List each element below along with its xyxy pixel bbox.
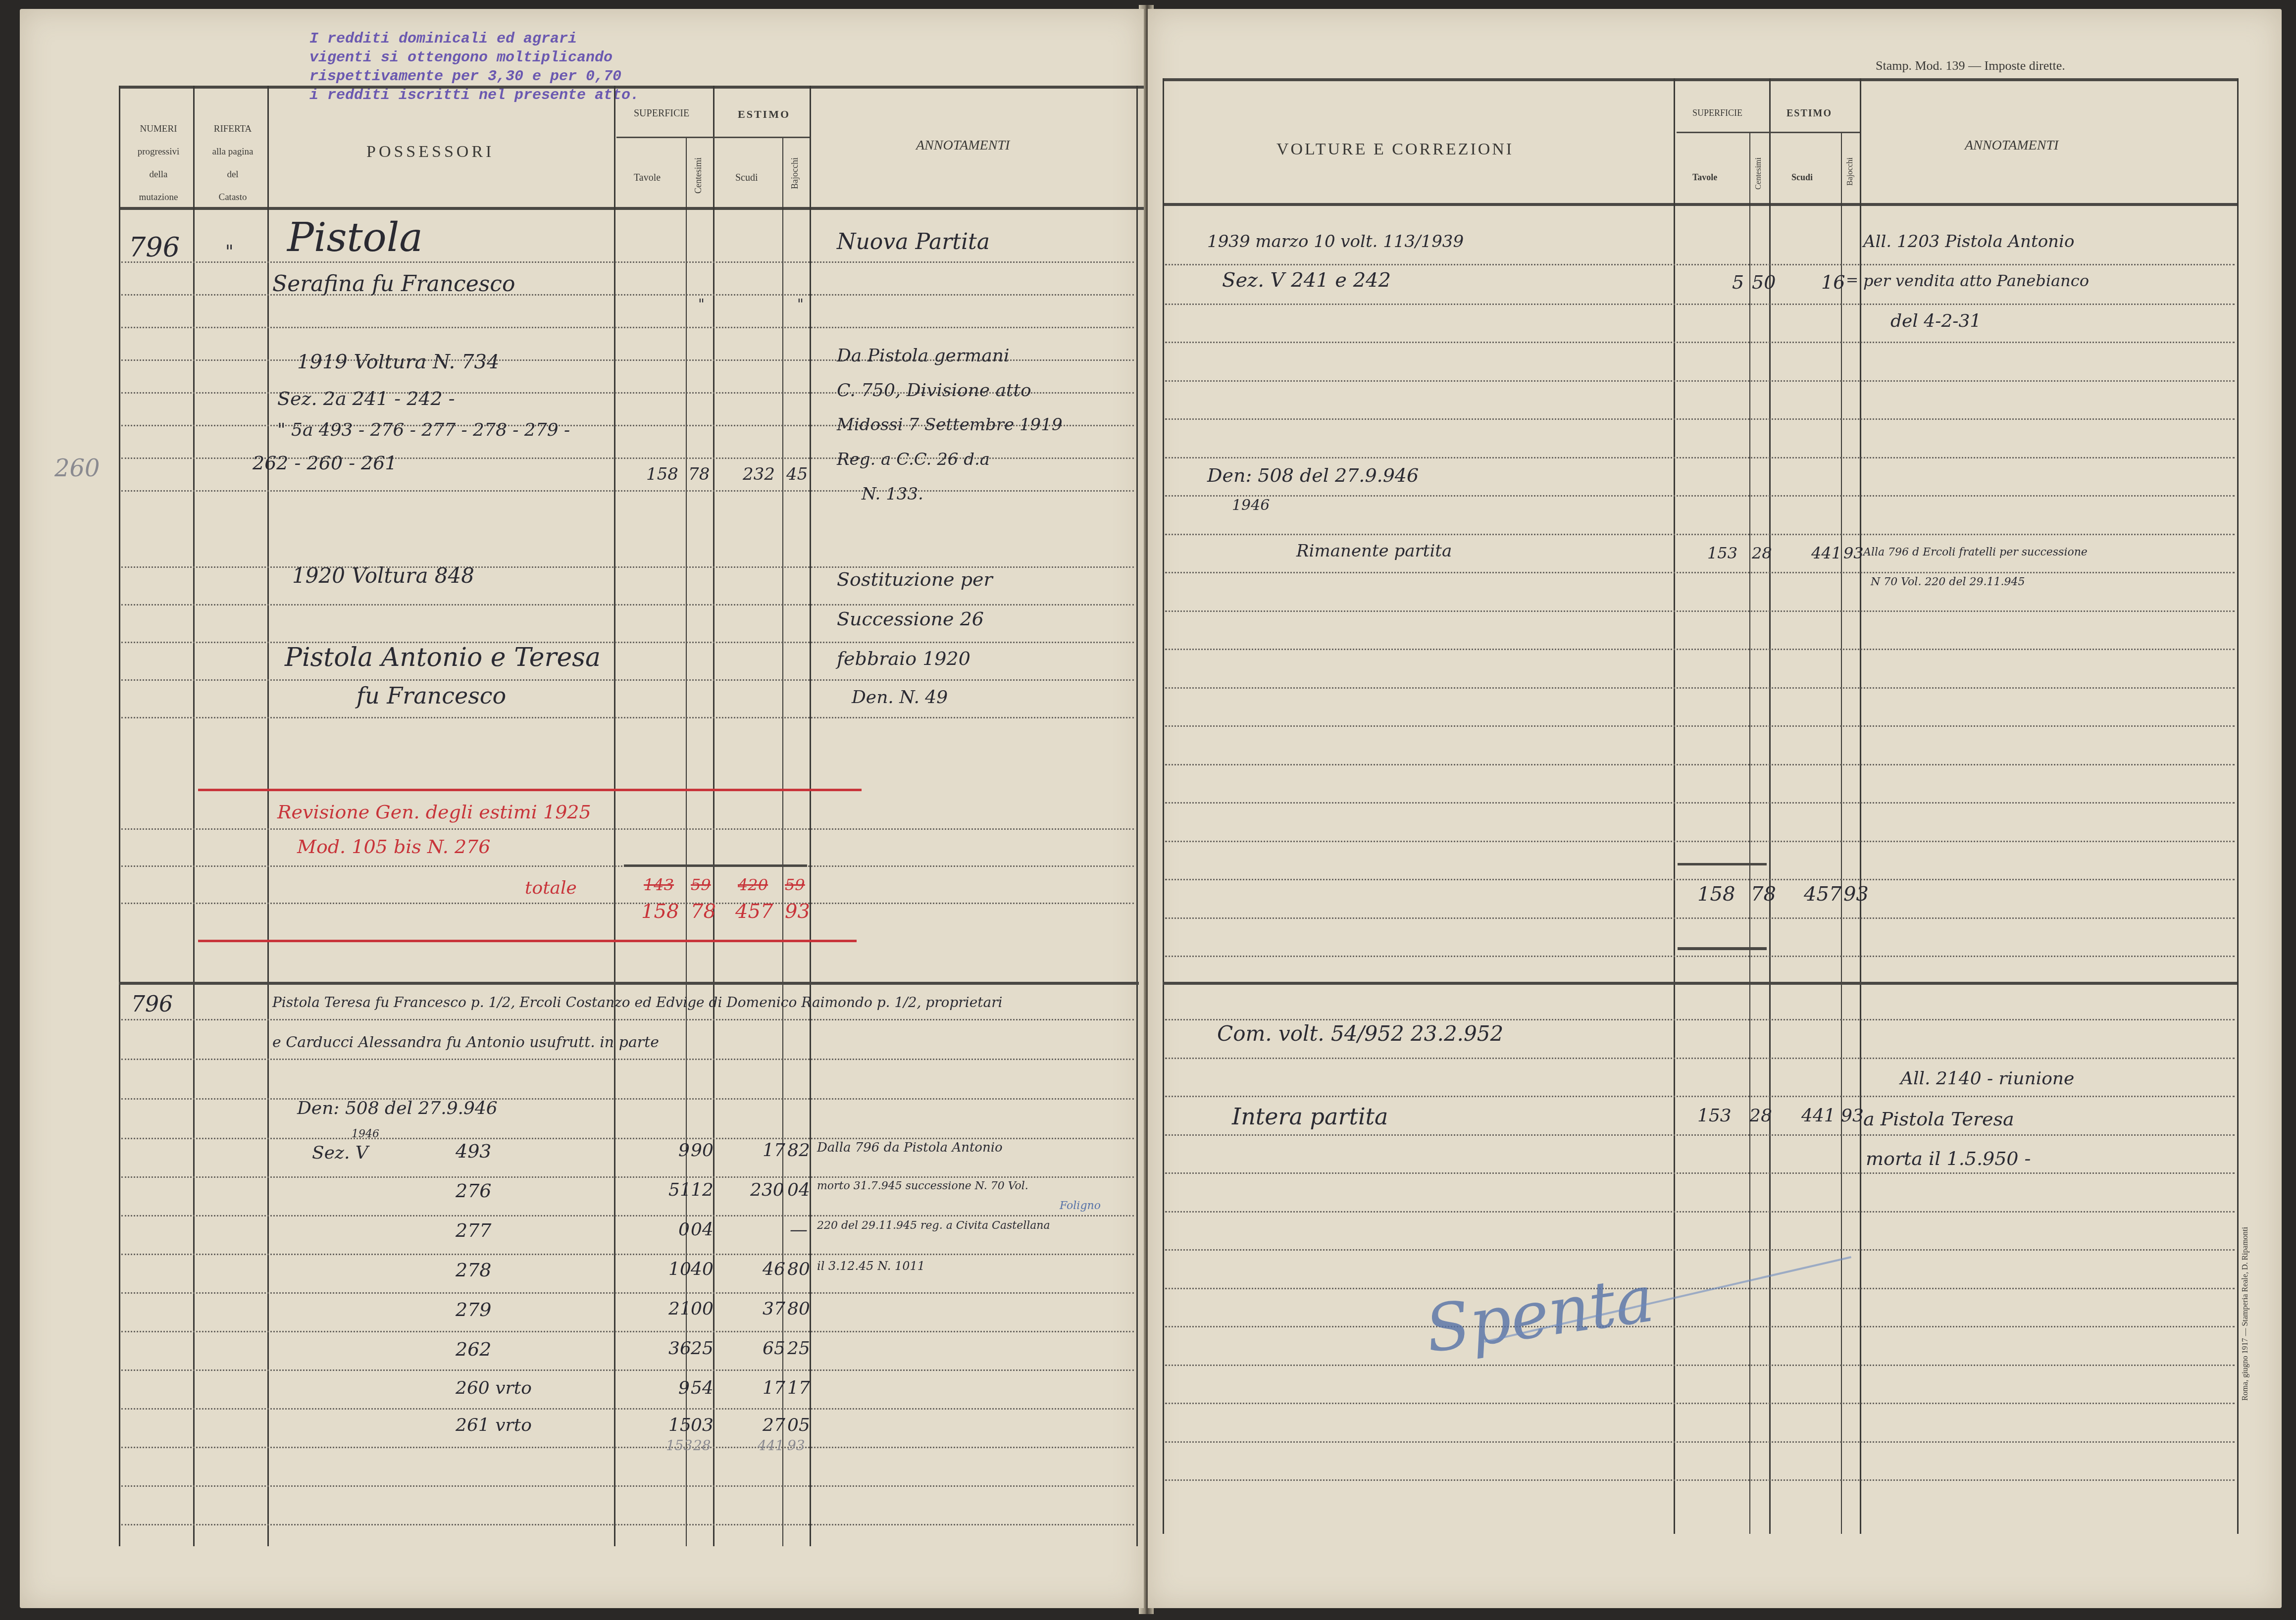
parcel-baj: 80: [787, 1299, 810, 1319]
parcel-scudi: 46: [763, 1259, 785, 1279]
parcel-num: 262: [456, 1338, 492, 1360]
pencil-total-scudi: 441: [758, 1437, 784, 1454]
header-superficie: SUPERFICIE: [634, 108, 689, 119]
parcel-tavole: 36: [668, 1338, 691, 1359]
entry2-annot: il 3.12.45 N. 1011: [817, 1259, 925, 1273]
r-section-rule: [1163, 982, 2237, 985]
r-entry2-annot: N 70 Vol. 220 del 29.11.945: [1871, 576, 2025, 588]
entry2-possessori-2: e Carducci Alessandra fu Antonio usufrut…: [272, 1034, 659, 1051]
revision-line2: Mod. 105 bis N. 276: [297, 836, 490, 858]
entry1-annot: N. 133.: [862, 484, 923, 504]
ditto-mark: ": [698, 296, 705, 312]
parcel-baj: 25: [787, 1338, 810, 1359]
pencil-total-cent: 28: [693, 1437, 711, 1454]
header-volture: VOLTURE E CORREZIONI: [1276, 140, 1514, 159]
r-entry1-annot: del 4-2-31: [1890, 311, 1981, 331]
r-total-scudi: 457: [1804, 883, 1841, 906]
header-possessori: POSSESSORI: [366, 143, 494, 161]
r-entry3-scudi: 441: [1801, 1106, 1836, 1126]
entry1-parcels: 262 - 260 - 261: [253, 452, 397, 474]
r-entry3-volture: Com. volt. 54/952 23.2.952: [1217, 1021, 1503, 1046]
parcel-tavole: 9: [678, 1378, 690, 1398]
entry1-annot: C. 750, Divisione atto: [837, 380, 1031, 401]
ditto-mark: ": [797, 296, 804, 312]
r-entry2-volture-2: 1946: [1232, 497, 1270, 514]
entry1-voltura-1920: 1920 Voltura 848: [292, 563, 474, 588]
header-scudi: Scudi: [1791, 172, 1813, 183]
form-id: Stamp. Mod. 139 — Imposte dirette.: [1876, 58, 2065, 73]
entry1-tavole: 158: [646, 464, 678, 484]
r-entry3-annot: a Pistola Teresa: [1863, 1108, 2014, 1130]
header-tavole: Tavole: [634, 172, 661, 184]
entry1-annot: Da Pistola germani: [837, 346, 1009, 366]
revision-old-bajocchi: 59: [785, 875, 805, 894]
red-rule-top: [198, 789, 862, 791]
parcel-tavole: 9: [678, 1140, 690, 1161]
r-total-tavole: 158: [1697, 883, 1735, 906]
header-centesimi: Centesimi: [1754, 157, 1763, 190]
revision-new-tavole: 158: [641, 900, 679, 923]
pencil-total-tavole: 153: [666, 1437, 692, 1454]
parcel-baj: 04: [787, 1180, 810, 1200]
cancel-mark-spenta: Spenta: [1421, 1261, 1658, 1367]
r-entry1-annot: All. 1203 Pistola Antonio: [1863, 232, 2074, 252]
r-entry2-rimanente: Rimanente partita: [1296, 541, 1452, 561]
entry1-annot: Midossi 7 Settembre 1919: [837, 415, 1063, 435]
parcel-baj: —: [790, 1219, 808, 1240]
entry1-voltura-1919: 1919 Voltura N. 734: [297, 351, 499, 373]
parcel-num: 277: [456, 1219, 492, 1241]
parcel-scudi: 17: [763, 1378, 785, 1398]
parcel-baj: 17: [787, 1378, 810, 1398]
header-annotamenti: ANNOTAMENTI: [1965, 138, 2058, 153]
revision-old-tavole: 143: [644, 875, 674, 894]
header-top-rule: [119, 86, 1144, 89]
entry1-annot: Reg. a C.C. 26 d.a: [837, 450, 990, 469]
r-entry3-annot: All. 2140 - riunione: [1900, 1068, 2074, 1089]
entry1-owner: Serafina fu Francesco: [272, 271, 515, 297]
parcel-cent: 40: [691, 1259, 714, 1279]
entry2-den-ref: Den: 508 del 27.9.946: [297, 1098, 498, 1118]
entry1-riferta: ": [225, 242, 234, 262]
header-bottom-rule: [119, 207, 1144, 210]
entry2-den-year: 1946: [352, 1128, 379, 1140]
parcel-scudi: 37: [763, 1299, 785, 1319]
header-estimo: ESTIMO: [738, 108, 790, 121]
parcel-scudi: 230: [750, 1180, 784, 1200]
parcel-cent: 00: [691, 1299, 714, 1319]
entry1-numero: 796: [129, 232, 180, 263]
margin-number: 260: [54, 455, 100, 482]
red-rule-bottom: [198, 940, 857, 942]
left-page: 260 I redditi dominicali ed agrari vigen…: [20, 9, 1144, 1608]
entry1-surname: Pistola: [287, 214, 423, 260]
r-entry3-annot: morta il 1.5.950 -: [1866, 1148, 2031, 1169]
parcel-num: 276: [456, 1180, 492, 1202]
parcel-tavole: 51: [668, 1180, 691, 1200]
header-bajocchi: Bajocchi: [790, 157, 800, 189]
parcel-cent: 54: [691, 1378, 714, 1398]
entry2-annot: 220 del 29.11.945 reg. a Civita Castella…: [817, 1219, 1050, 1232]
entry2-sez: Sez. V: [312, 1143, 368, 1163]
parcel-tavole: 10: [668, 1259, 691, 1279]
r-entry1-centesimi: 50: [1752, 271, 1776, 293]
revision-old-scudi: 420: [738, 875, 768, 894]
r-entry2-tavole: 153: [1707, 544, 1737, 562]
pencil-total-baj: 93: [787, 1437, 805, 1454]
revision-new-centesimi: 78: [691, 900, 716, 923]
entry2-possessori-1: Pistola Teresa fu Francesco p. 1/2, Erco…: [272, 994, 1003, 1011]
r-entry1-annot: per vendita atto Panebianco: [1863, 271, 2089, 290]
stamp-note: I redditi dominicali ed agrari vigenti s…: [309, 30, 639, 105]
section-rule: [119, 982, 1139, 985]
r-entry1-scudi: 16: [1821, 271, 1845, 293]
entry1-annot: Den. N. 49: [852, 687, 948, 708]
entry1-centesimi: 78: [688, 464, 710, 484]
parcel-scudi: 65: [763, 1338, 785, 1359]
right-page: Stamp. Mod. 139 — Imposte dirette. VOLTU…: [1148, 9, 2282, 1608]
r-entry2-centesimi: 28: [1752, 544, 1772, 562]
parcel-baj: 82: [787, 1140, 810, 1161]
entry2-annot: Dalla 796 da Pistola Antonio: [817, 1140, 1003, 1155]
header-annotamenti: ANNOTAMENTI: [916, 138, 1010, 153]
parcel-num: 279: [456, 1299, 492, 1320]
parcel-cent: 90: [691, 1140, 714, 1161]
entry1-annot-nuova-partita: Nuova Partita: [837, 229, 990, 254]
parcel-tavole: 0: [678, 1219, 690, 1240]
header-riferta: RIFERTA alla pagina del Catasto: [198, 118, 267, 209]
r-entry2-scudi: 441: [1811, 544, 1841, 562]
r-entry1-volture-1: 1939 marzo 10 volt. 113/1939: [1207, 232, 1464, 252]
revision-old-centesimi: 59: [691, 875, 711, 894]
col-border: [119, 86, 120, 1546]
r-entry1-bajocchi: =: [1846, 271, 1858, 289]
printer-note: Roma, giugno 1917 — Stamperia Reale, D. …: [2241, 1227, 2250, 1401]
parcel-scudi: 17: [763, 1140, 785, 1161]
parcel-baj: 80: [787, 1259, 810, 1279]
r-entry2-bajocchi: 93: [1843, 544, 1864, 562]
r-entry1-volture-2: Sez. V 241 e 242: [1222, 269, 1391, 292]
entry1-annot: Sostituzione per: [837, 568, 993, 590]
parcel-cent: 03: [691, 1415, 714, 1435]
r-entry3-tavole: 153: [1697, 1106, 1732, 1126]
header-scudi: Scudi: [735, 172, 758, 184]
r-total-centesimi: 78: [1751, 883, 1776, 906]
parcel-cent: 04: [691, 1219, 714, 1240]
parcel-num: 260 vrto: [456, 1378, 532, 1398]
revision-new-scudi: 457: [735, 900, 773, 923]
header-bajocchi: Bajocchi: [1846, 157, 1855, 186]
entry2-blue-note: Foligno: [1060, 1200, 1101, 1212]
header-estimo: ESTIMO: [1786, 108, 1832, 119]
parcel-tavole: 21: [668, 1299, 691, 1319]
parcel-num: 278: [456, 1259, 492, 1281]
revision-new-bajocchi: 93: [785, 900, 810, 923]
header-superficie: SUPERFICIE: [1692, 108, 1742, 118]
revision-line1: Revisione Gen. degli estimi 1925: [277, 801, 591, 823]
header-tavole: Tavole: [1692, 172, 1717, 183]
r-entry3-intera: Intera partita: [1232, 1103, 1388, 1130]
entry1-sez2: Sez. 2a 241 - 242 -: [277, 388, 455, 409]
header-numeri: NUMERI progressivi della mutazione: [124, 118, 193, 209]
entry1-sez5: " 5a 493 - 276 - 277 - 278 - 279 -: [277, 420, 570, 440]
parcel-cent: 12: [691, 1180, 714, 1200]
parcel-num: 261 vrto: [456, 1415, 532, 1435]
entry1-bajocchi: 45: [786, 464, 808, 484]
entry1-heirs-father: fu Francesco: [357, 682, 506, 709]
entry2-annot: morto 31.7.945 successione N. 70 Vol.: [817, 1180, 1028, 1192]
header-centesimi: Centesimi: [693, 157, 704, 194]
entry1-scudi: 232: [743, 464, 775, 484]
entry1-annot: Successione 26: [837, 608, 984, 630]
parcel-scudi: 27: [763, 1415, 785, 1435]
entry1-heirs: Pistola Antonio e Teresa: [285, 643, 601, 672]
parcel-baj: 05: [787, 1415, 810, 1435]
r-entry2-annot: Alla 796 d Ercoli fratelli per successio…: [1863, 546, 2088, 558]
parcel-cent: 25: [691, 1338, 714, 1359]
r-entry1-tavole: 5: [1732, 271, 1744, 293]
r-entry2-volture-1: Den: 508 del 27.9.946: [1207, 464, 1419, 486]
r-entry3-centesimi: 28: [1749, 1106, 1772, 1126]
entry1-annot: febbraio 1920: [837, 648, 970, 669]
r-total-bajocchi: 93: [1843, 883, 1869, 906]
parcel-num: 493: [456, 1140, 492, 1162]
entry2-numero: 796: [131, 992, 173, 1017]
parcel-tavole: 15: [668, 1415, 691, 1435]
r-entry3-bajocchi: 93: [1841, 1106, 1864, 1126]
revision-totale-label: totale: [525, 878, 577, 898]
